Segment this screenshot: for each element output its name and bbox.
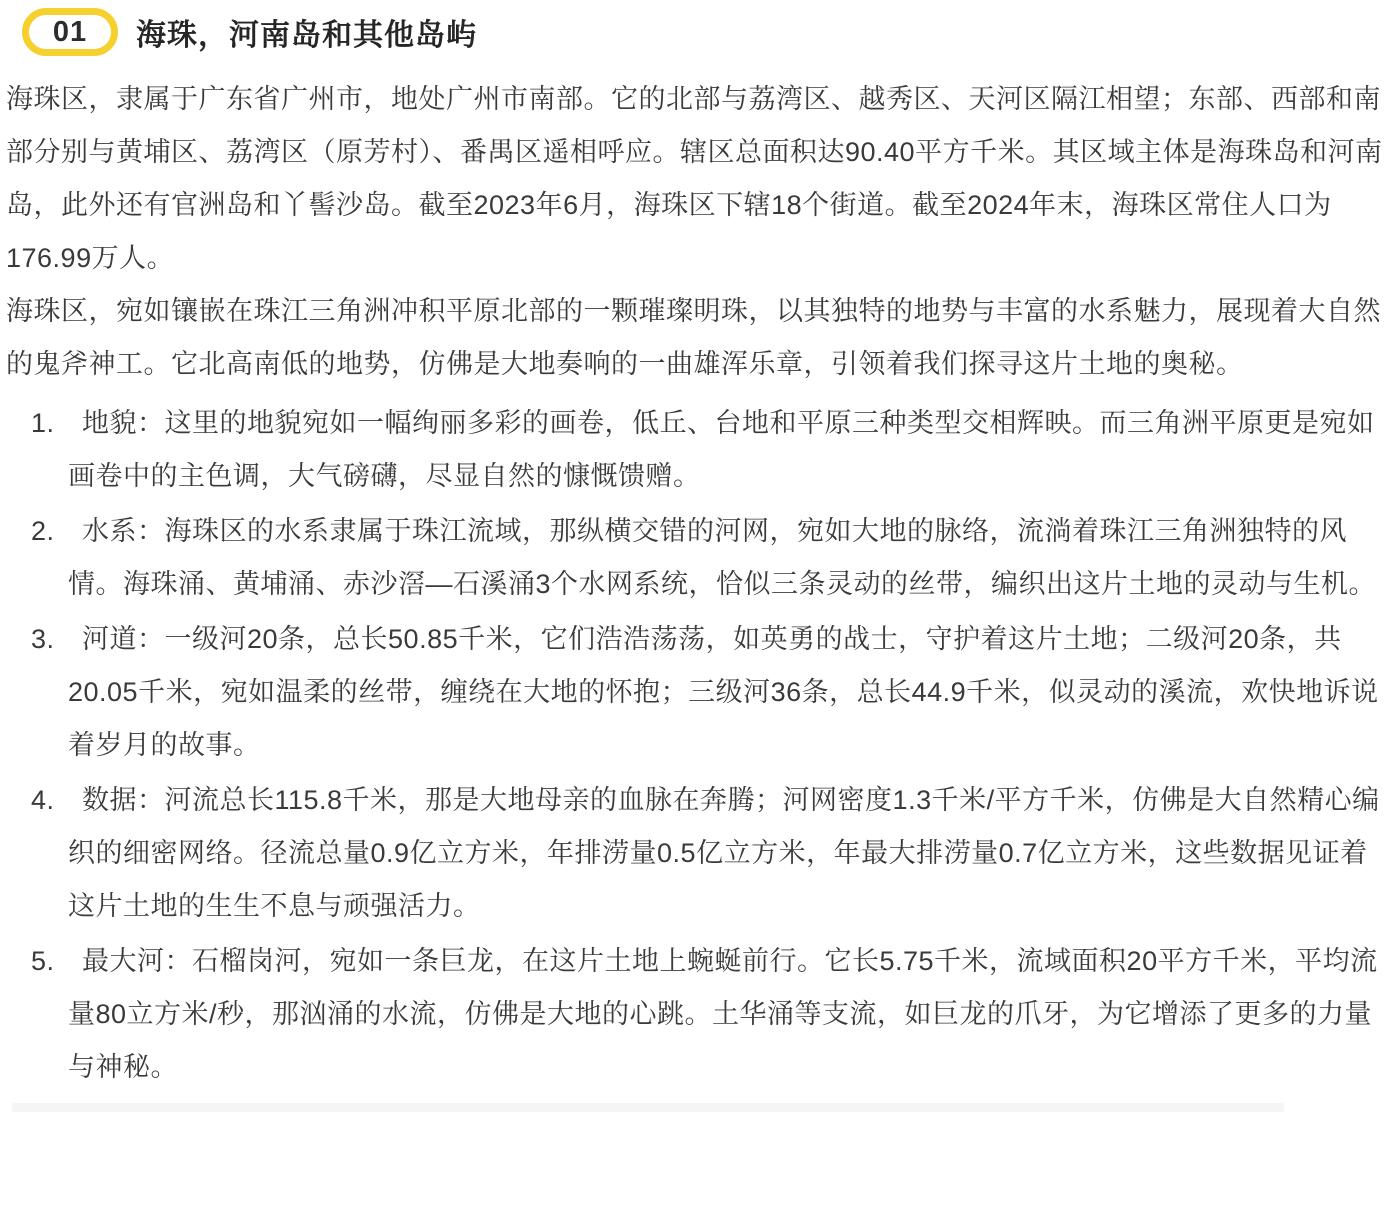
document-page: 01 海珠，河南岛和其他岛屿 海珠区，隶属于广东省广州市，地处广州市南部。它的北… <box>0 0 1400 1112</box>
list-item-water-system: 2. 水系：海珠区的水系隶属于珠江流域，那纵横交错的河网，宛如大地的脉络，流淌着… <box>6 505 1388 611</box>
list-marker: 5. <box>31 935 55 988</box>
section-number-badge: 01 <box>22 8 118 56</box>
list-marker: 4. <box>31 774 55 827</box>
list-item-largest-river: 5. 最大河：石榴岗河，宛如一条巨龙，在这片土地上蜿蜒前行。它长5.75千米，流… <box>6 935 1388 1094</box>
list-item-text: 水系：海珠区的水系隶属于珠江流域，那纵横交错的河网，宛如大地的脉络，流淌着珠江三… <box>68 505 1388 611</box>
section-header: 01 海珠，河南岛和其他岛屿 <box>6 7 1388 57</box>
cutoff-next-line <box>12 1103 1284 1112</box>
intro-paragraph: 海珠区，隶属于广东省广州市，地处广州市南部。它的北部与荔湾区、越秀区、天河区隔江… <box>6 73 1388 285</box>
list-item-text: 数据：河流总长115.8千米，那是大地母亲的血脉在奔腾；河网密度1.3千米/平方… <box>68 774 1388 933</box>
list-marker: 1. <box>31 397 55 450</box>
list-item-river-channels: 3. 河道：一级河20条，总长50.85千米，它们浩浩荡荡，如英勇的战士，守护着… <box>6 613 1388 772</box>
section-title: 海珠，河南岛和其他岛屿 <box>136 10 477 54</box>
list-marker: 2. <box>31 505 55 558</box>
list-marker: 3. <box>31 613 55 666</box>
feature-list: 1. 地貌：这里的地貌宛如一幅绚丽多彩的画卷，低丘、台地和平原三种类型交相辉映。… <box>6 397 1388 1094</box>
list-item-text: 最大河：石榴岗河，宛如一条巨龙，在这片土地上蜿蜒前行。它长5.75千米，流域面积… <box>68 935 1388 1094</box>
list-item-text: 河道：一级河20条，总长50.85千米，它们浩浩荡荡，如英勇的战士，守护着这片土… <box>68 613 1388 772</box>
description-paragraph: 海珠区，宛如镶嵌在珠江三角洲冲积平原北部的一颗璀璨明珠，以其独特的地势与丰富的水… <box>6 285 1388 391</box>
list-item-text: 地貌：这里的地貌宛如一幅绚丽多彩的画卷，低丘、台地和平原三种类型交相辉映。而三角… <box>68 397 1388 503</box>
list-item-data: 4. 数据：河流总长115.8千米，那是大地母亲的血脉在奔腾；河网密度1.3千米… <box>6 774 1388 933</box>
list-item-landform: 1. 地貌：这里的地貌宛如一幅绚丽多彩的画卷，低丘、台地和平原三种类型交相辉映。… <box>6 397 1388 503</box>
